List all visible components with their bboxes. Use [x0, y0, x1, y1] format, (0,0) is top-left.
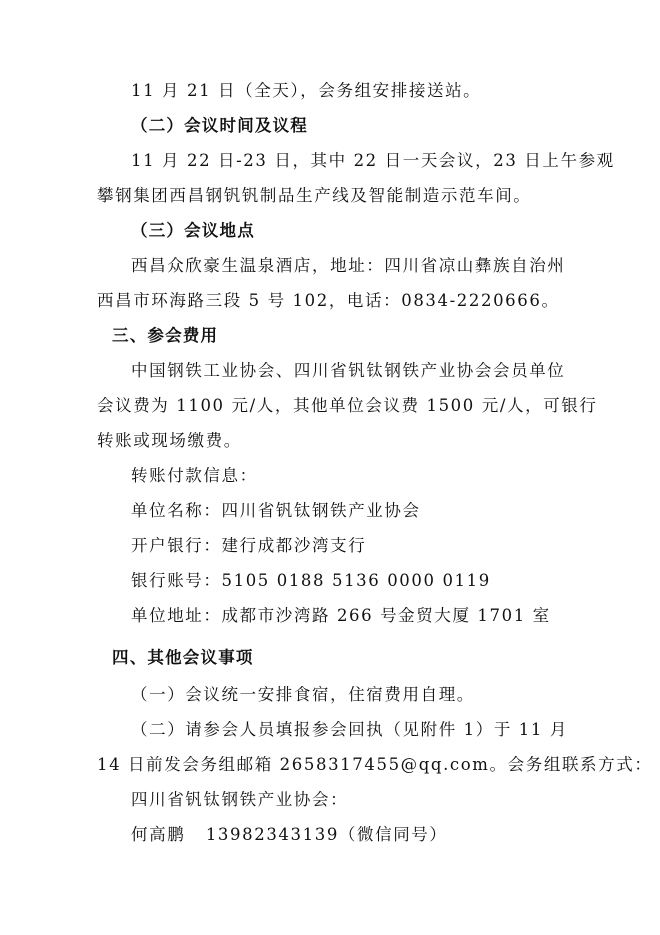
fees-text-1: 中国钢铁工业协会、四川省钒钛钢铁产业协会会员单位: [131, 360, 601, 382]
bank-line: 开户银行：建行成都沙湾支行: [131, 535, 601, 557]
section-meeting-time-heading: （二）会议时间及议程: [131, 115, 601, 137]
transfer-info-label: 转账付款信息：: [131, 465, 601, 487]
unit-name-line: 单位名称：四川省钒钛钢铁产业协会: [131, 500, 601, 522]
venue-text-1: 西昌众欣豪生温泉酒店，地址：四川省凉山彝族自治州: [131, 255, 601, 277]
other-item-1: （一）会议统一安排食宿，住宿费用自理。: [131, 684, 601, 706]
section-fees-heading: 三、参会费用: [112, 325, 582, 347]
fees-text-3: 转账或现场缴费。: [97, 430, 567, 452]
venue-text-2: 西昌市环海路三段 5 号 102，电话：0834-2220666。: [97, 290, 567, 312]
meeting-time-text-1: 11 月 22 日-23 日，其中 22 日一天会议，23 日上午参观: [131, 150, 601, 172]
fees-text-2: 会议费为 1100 元/人，其他单位会议费 1500 元/人，可银行: [97, 395, 567, 417]
meeting-time-text-2: 攀钢集团西昌钢钒钒制品生产线及智能制造示范车间。: [97, 185, 567, 207]
section-venue-heading: （三）会议地点: [131, 220, 601, 242]
other-item-2-line-2: 14 日前发会务组邮箱 2658317455@qq.com。会务组联系方式：: [97, 754, 567, 776]
document-page: 11 月 21 日（全天），会务组安排接送站。 （二）会议时间及议程 11 月 …: [0, 0, 660, 935]
section-other-matters-heading: 四、其他会议事项: [112, 647, 582, 669]
arrival-text: 11 月 21 日（全天），会务组安排接送站。: [131, 80, 601, 102]
contact-person-line: 何高鹏 13982343139（微信同号）: [131, 824, 601, 846]
unit-address-line: 单位地址：成都市沙湾路 266 号金贸大厦 1701 室: [131, 605, 601, 627]
account-number-line: 银行账号：5105 0188 5136 0000 0119: [131, 570, 601, 592]
other-item-2-line-1: （二）请参会人员填报参会回执（见附件 1）于 11 月: [131, 719, 601, 741]
contact-org-line: 四川省钒钛钢铁产业协会：: [131, 789, 601, 811]
